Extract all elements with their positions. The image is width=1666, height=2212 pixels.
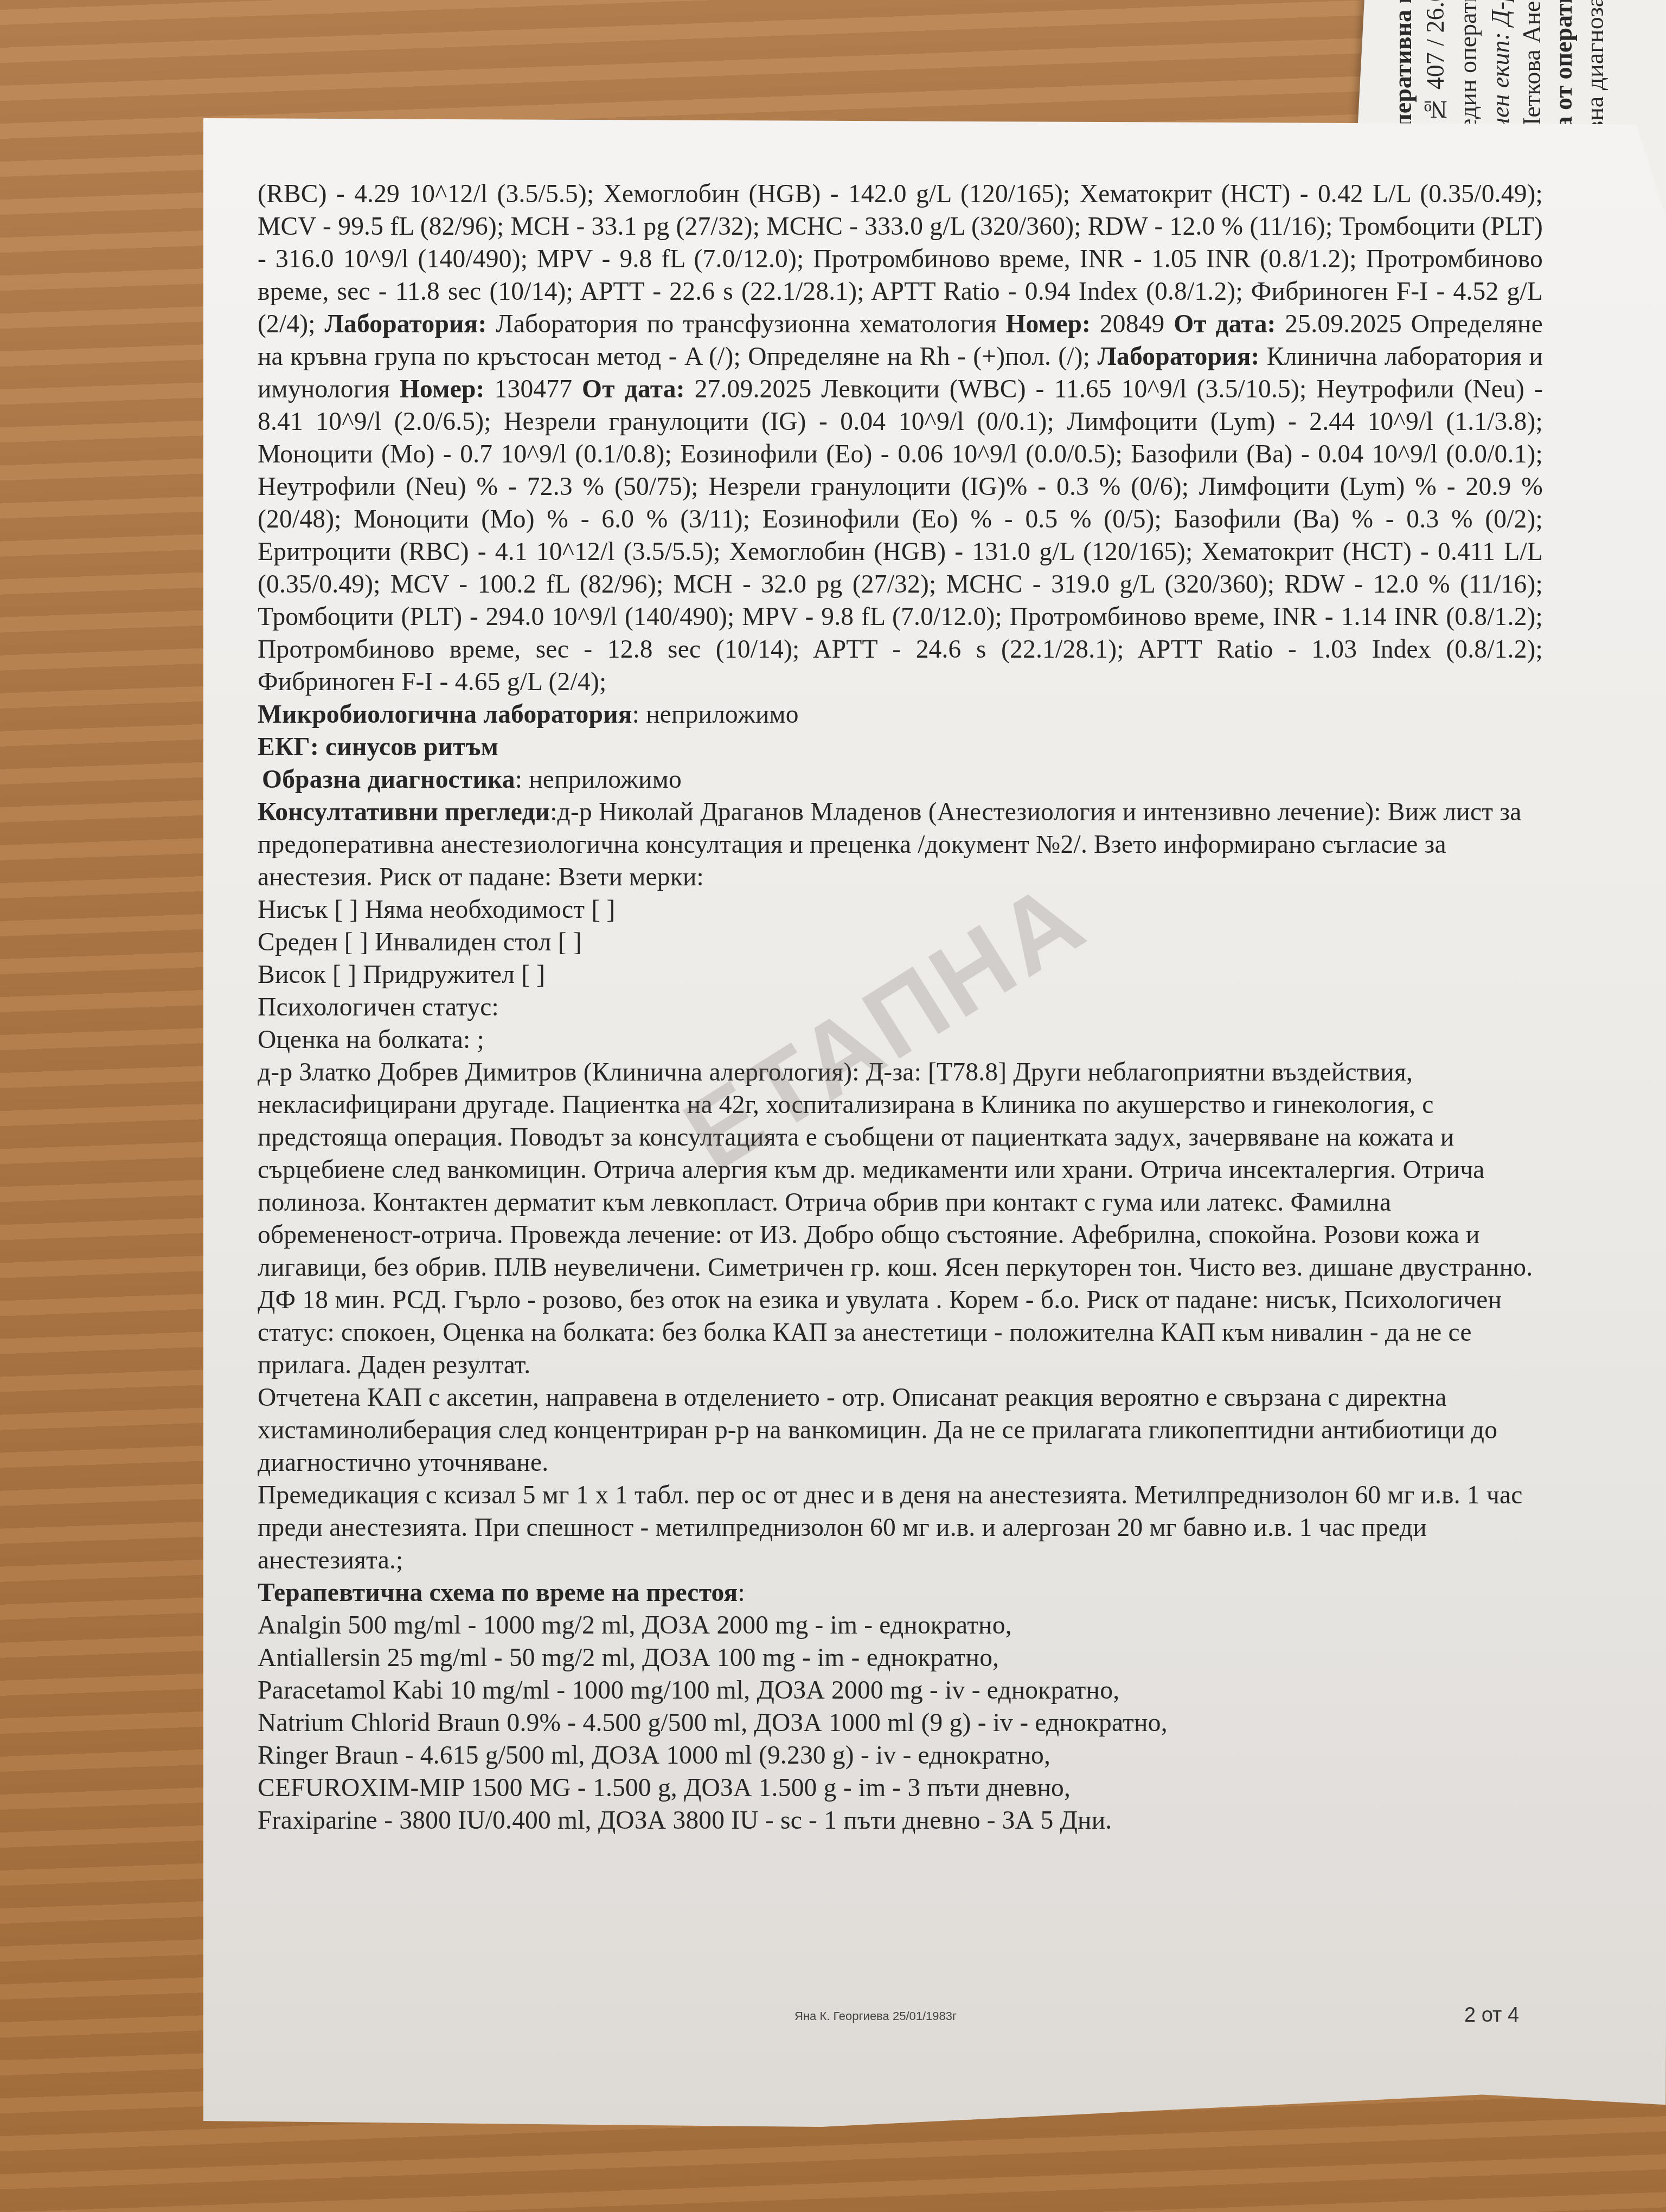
ekg-section: ЕКГ: синусов ритъм [258, 731, 1543, 763]
lab-name: Лаборатория по трансфузионна хематология [487, 310, 1006, 338]
lab-results-block-1: (RBC) - 4.29 10^12/l (3.5/5.5); Хемоглоб… [258, 178, 1543, 698]
footer-page-number: 2 от 4 [1464, 2004, 1519, 2027]
therapy-item: Ringer Braun - 4.615 g/500 ml, ДОЗА 1000… [258, 1739, 1543, 1772]
microbiology-value: : неприложимо [632, 700, 799, 729]
date-label: От дата: [582, 375, 685, 403]
allergology-consultation: д-р Златко Добрев Димитров (Клинична але… [258, 1056, 1543, 1381]
imaging-label: Образна диагностика [262, 766, 515, 794]
therapy-colon: : [738, 1579, 745, 1607]
premedication: Премедикация с ксизал 5 мг 1 х 1 табл. п… [258, 1479, 1543, 1577]
therapy-item: CEFUROXIM-MIP 1500 MG - 1.500 g, ДОЗА 1.… [258, 1772, 1543, 1804]
microbiology-label: Микробиологична лаборатория [258, 700, 632, 729]
lab-number: 20849 [1091, 310, 1174, 338]
cbc-results-text: Левкоцити (WBC) - 11.65 10^9/l (3.5/10.5… [258, 375, 1543, 696]
consultations-section: Консултативни прегледи:д-р Николай Драга… [258, 796, 1543, 893]
lab-number: 130477 [485, 375, 582, 403]
therapy-list: Analgin 500 mg/ml - 1000 mg/2 ml, ДОЗА 2… [258, 1609, 1543, 1837]
therapy-item: Natrium Chlorid Braun 0.9% - 4.500 g/500… [258, 1707, 1543, 1739]
therapy-item: Fraxiparine - 3800 IU/0.400 ml, ДОЗА 380… [258, 1804, 1543, 1837]
therapy-item: Analgin 500 mg/ml - 1000 mg/2 ml, ДОЗА 2… [258, 1609, 1543, 1642]
lab-date: 25.09.2025 [1276, 310, 1411, 338]
document-page: (RBC) - 4.29 10^12/l (3.5/5.5); Хемоглоб… [203, 118, 1666, 2135]
lab-label: Лаборатория: [1097, 343, 1259, 371]
lab-date: 27.09.2025 [685, 375, 822, 403]
number-label: Номер: [1005, 310, 1091, 338]
therapy-label: Терапевтична схема по време на престоя [258, 1579, 738, 1607]
footer-patient-name: Яна К. Георгиева 25/01/1983г [794, 2009, 957, 2023]
date-label: От дата: [1174, 310, 1276, 338]
therapy-item: Antiallersin 25 mg/ml - 50 mg/2 ml, ДОЗА… [258, 1642, 1543, 1674]
kap-result: Отчетена КАП с аксетин, направена в отде… [258, 1381, 1543, 1479]
number-label: Номер: [400, 375, 485, 403]
microbiology-section: Микробиологична лаборатория: неприложимо [258, 698, 1543, 731]
therapy-item: Paracetamol Kabi 10 mg/ml - 1000 mg/100 … [258, 1674, 1543, 1707]
fall-risk-low: Нисък [ ] Няма необходимост [ ] [258, 893, 1543, 926]
consultations-label: Консултативни прегледи [258, 798, 550, 826]
imaging-value: : неприложимо [515, 766, 682, 794]
lab-label: Лаборатория: [324, 310, 486, 338]
therapy-section-heading: Терапевтична схема по време на престоя: [258, 1577, 1543, 1609]
imaging-section: Образна диагностика: неприложимо [258, 763, 1543, 796]
